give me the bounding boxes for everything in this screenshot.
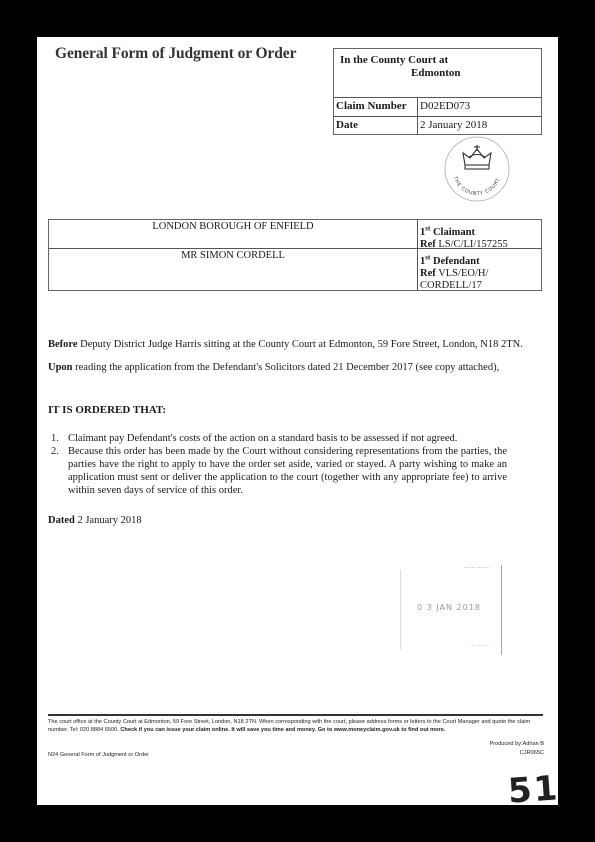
- defendant-role: 1st Defendant Ref VLS/EO/H/ CORDELL/17: [420, 251, 488, 292]
- court-header: In the County Court at Edmonton: [334, 49, 541, 98]
- date-row: Date 2 January 2018: [334, 117, 541, 134]
- form-name: N24 General Form of Judgment or Order: [48, 752, 149, 758]
- claimant-ref: LS/C/LI/157255: [438, 239, 507, 250]
- defendant-name: MR SIMON CORDELL: [49, 250, 417, 261]
- before-paragraph: Before Deputy District Judge Harris sitt…: [48, 339, 523, 350]
- received-stamp: ~~~~ 0 3 JAN 2018 ~~~: [392, 555, 504, 665]
- footer-divider: [48, 714, 543, 716]
- handwritten-page-number: 51: [507, 768, 561, 811]
- page-title: General Form of Judgment or Order: [55, 45, 296, 63]
- dated-line: Dated 2 January 2018: [48, 515, 142, 526]
- received-stamp-date: 0 3 JAN 2018: [417, 603, 481, 612]
- orders-list: 1. Claimant pay Defendant's costs of the…: [51, 432, 507, 497]
- crown-seal-icon: THE COUNTY COURT: [443, 135, 511, 203]
- defendant-ref-cont: CORDELL/17: [420, 280, 482, 291]
- claimant-role: 1st Claimant Ref LS/C/LI/157255: [420, 222, 508, 251]
- claim-number-value: D02ED073: [420, 100, 470, 112]
- court-label: In the County Court at: [340, 54, 448, 66]
- claim-number-row: Claim Number D02ED073: [334, 98, 541, 117]
- defendant-row: MR SIMON CORDELL 1st Defendant Ref VLS/E…: [49, 249, 541, 290]
- order-item: 2. Because this order has been made by t…: [51, 445, 507, 497]
- upon-paragraph: Upon reading the application from the De…: [48, 362, 499, 373]
- court-info-table: In the County Court at Edmonton Claim Nu…: [333, 48, 542, 135]
- footer-notice: The court office at the County Court at …: [48, 718, 543, 734]
- date-value: 2 January 2018: [420, 119, 487, 131]
- parties-table: LONDON BOROUGH OF ENFIELD 1st Claimant R…: [48, 219, 542, 291]
- claimant-name: LONDON BOROUGH OF ENFIELD: [49, 221, 417, 232]
- form-code: CJR065C: [490, 749, 544, 758]
- document-page: General Form of Judgment or Order In the…: [37, 37, 558, 805]
- produced-by: Produced by:Adrian B CJR065C: [490, 740, 544, 758]
- defendant-ref: VLS/EO/H/: [438, 268, 488, 279]
- claim-number-label: Claim Number: [336, 100, 407, 112]
- order-item: 1. Claimant pay Defendant's costs of the…: [51, 432, 507, 445]
- ordered-heading: IT IS ORDERED THAT:: [48, 404, 166, 416]
- date-label: Date: [336, 119, 358, 131]
- claimant-row: LONDON BOROUGH OF ENFIELD 1st Claimant R…: [49, 220, 541, 249]
- svg-text:THE COUNTY COURT: THE COUNTY COURT: [451, 175, 501, 197]
- court-name: Edmonton: [411, 67, 461, 79]
